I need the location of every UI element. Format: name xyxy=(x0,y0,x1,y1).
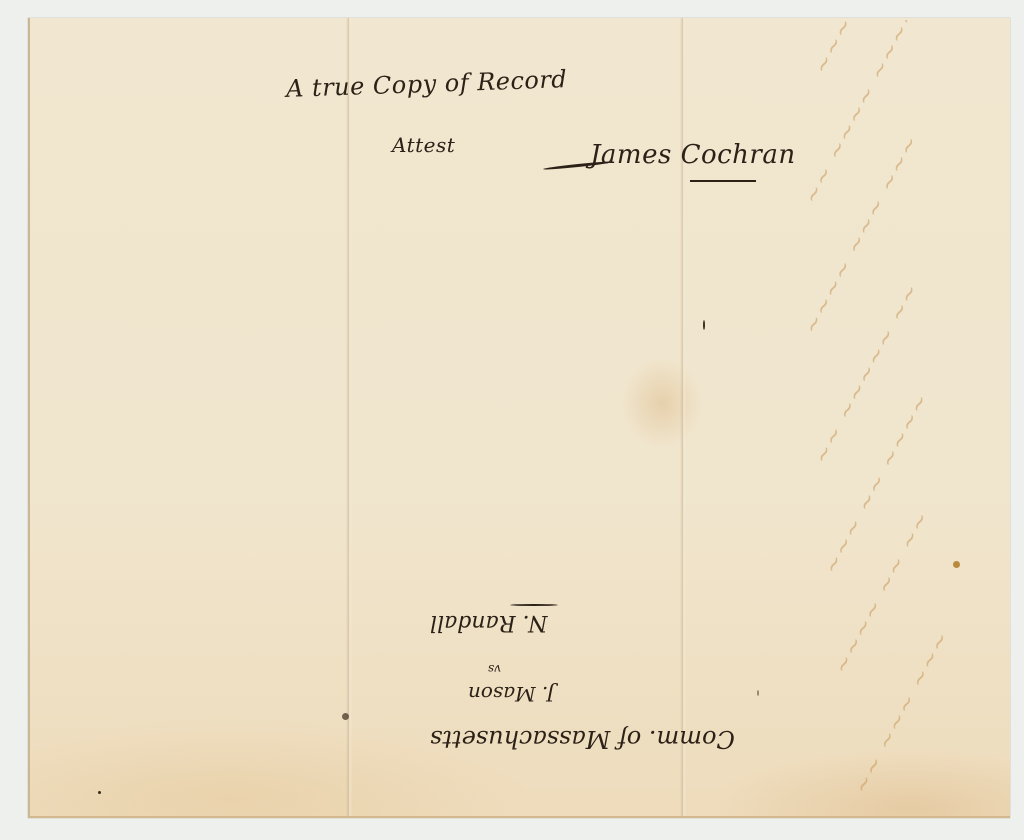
signature-underline xyxy=(690,180,756,182)
bleed-through-text: ~~~ ~~~~ ~~ ~~ ~~~~ ~~~~ ~~~~ ~~~ ~~~ ~~… xyxy=(780,20,1008,800)
docket-commonwealth: Comm. of Massachusetts xyxy=(430,725,735,753)
ink-speck xyxy=(757,690,759,696)
ink-speck xyxy=(98,791,101,794)
docket-versus: vs xyxy=(488,662,501,676)
bleed-line: ~~ ~~~ ~~~ xyxy=(849,626,956,798)
attest-label: Attest xyxy=(392,133,455,157)
ink-blot xyxy=(342,713,349,720)
ink-mark xyxy=(703,320,705,330)
docket-rule xyxy=(510,604,558,606)
clerk-signature: James Cochran xyxy=(590,140,796,170)
fold-line-right xyxy=(680,18,686,816)
stain-spot xyxy=(953,561,960,568)
fold-line-left xyxy=(346,18,352,816)
docket-defendant: N. Randall xyxy=(430,610,547,635)
docket-plaintiff: J. Mason xyxy=(468,682,555,706)
